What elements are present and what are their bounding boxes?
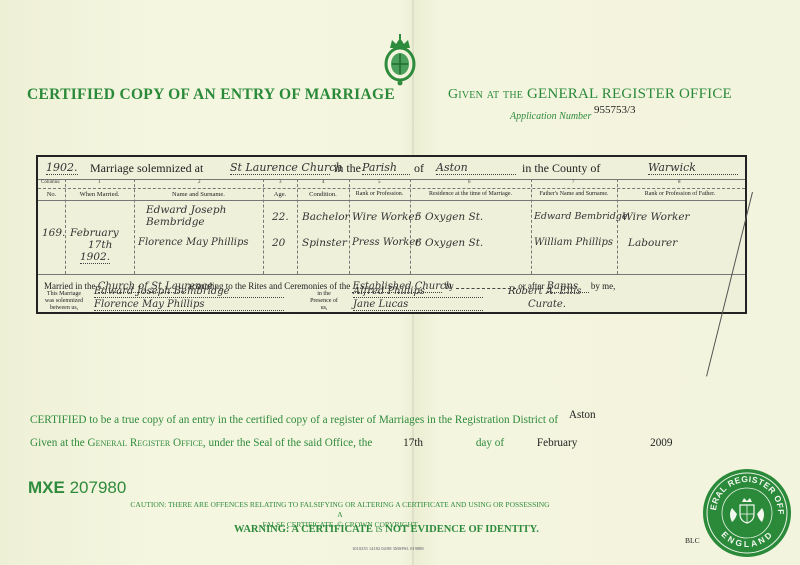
- witness-2-signature: Jane Lucas: [353, 299, 483, 311]
- bride-residence: 6 Oxygen St.: [415, 237, 483, 249]
- warning-text-a: WARNING: A CERTIFICATE: [234, 524, 373, 535]
- header-father-name: Father's Name and Surname.: [531, 191, 617, 197]
- column-label: Columns:: [41, 180, 60, 185]
- certificate-title: CERTIFIED COPY OF AN ENTRY OF MARRIAGE: [27, 86, 395, 104]
- district-type: Parish: [362, 161, 410, 175]
- bride-name: Florence May Phillips: [138, 237, 249, 248]
- issue-month: February: [537, 437, 577, 449]
- royal-crest-icon: [382, 34, 418, 86]
- warning-text-is: IS: [376, 525, 383, 534]
- column-number: 7: [572, 180, 575, 185]
- office-name: GENERAL REGISTER OFFICE: [527, 86, 732, 102]
- married-in-label: Married in the: [44, 281, 95, 291]
- groom-name: Edward Joseph Bembridge: [146, 204, 246, 228]
- bride-condition: Spinster: [302, 237, 347, 249]
- column-number: 5: [378, 180, 381, 185]
- officiant-signature: Robert A. Ellis: [508, 286, 581, 297]
- groom-condition: Bachelor: [302, 211, 350, 223]
- signatures: This Marriage was solemnized between us,…: [38, 291, 745, 311]
- county-label: in the County of: [522, 161, 600, 176]
- groom-father-rank: Wire Worker: [622, 211, 690, 223]
- of-label: of: [414, 161, 424, 176]
- issue-day: 17th: [403, 437, 423, 449]
- serial-number: 207980: [70, 478, 127, 497]
- in-the-label: in the: [334, 161, 361, 176]
- header-when-married: When Married.: [65, 191, 134, 198]
- groom-residence: 5 Oxygen St.: [415, 211, 483, 223]
- bride-father-rank: Labourer: [628, 237, 677, 249]
- married-month: February: [70, 227, 119, 239]
- header-name: Name and Surname.: [134, 191, 263, 198]
- column-number: 6: [468, 180, 471, 185]
- bride-rank: Press Worker: [352, 237, 420, 248]
- party-groom-signature: Edward Joseph Bembridge: [94, 286, 284, 298]
- married-year: 1902.: [80, 251, 110, 264]
- officiant-title: Curate.: [528, 299, 566, 310]
- groom-father-name: Edward Bembridge: [534, 211, 628, 222]
- header-residence: Residence at the time of Marriage.: [410, 191, 531, 197]
- groom-age: 22.: [272, 211, 289, 223]
- witness-1-signature: Alfred Phillips: [353, 286, 483, 298]
- caution-line-1: CAUTION: THERE ARE OFFENCES RELATING TO …: [130, 500, 550, 520]
- district-name: Aston: [436, 161, 516, 175]
- register-heading: 1902. Marriage solemnized at St Laurence…: [38, 157, 745, 179]
- gro-seal-icon: GENERAL REGISTER OFFICE ENGLAND: [702, 468, 792, 558]
- between-label: This Marriage was solemnized between us,: [44, 291, 84, 312]
- bride-age: 20: [272, 237, 285, 249]
- register-table: Columns: 1 2 3 4 5 6 7 8 No. When Marrie…: [38, 179, 745, 274]
- column-number: 8: [678, 180, 681, 185]
- registration-district: Aston: [569, 409, 596, 421]
- office-text: General Register Office: [87, 437, 202, 449]
- certificate-page: CERTIFIED COPY OF AN ENTRY OF MARRIAGE G…: [0, 0, 800, 565]
- blc-mark: BLC: [685, 536, 700, 545]
- header-rank: Rank or Profession.: [349, 191, 410, 197]
- presence-label: in the Presence of us,: [308, 291, 340, 312]
- certification-text: CERTIFIED to be a true copy of an entry …: [30, 414, 558, 426]
- given-at-label: Given at the: [448, 87, 523, 102]
- column-number: 1: [98, 180, 101, 185]
- given-at-text: Given at the: [30, 437, 85, 449]
- certification-line-1: CERTIFIED to be a true copy of an entry …: [30, 414, 596, 426]
- entry-year: 1902.: [46, 161, 78, 175]
- warning-text-b: NOT EVIDENCE OF IDENTITY.: [385, 524, 539, 535]
- serial-prefix: MXE: [28, 478, 65, 497]
- header-no: No.: [38, 191, 65, 198]
- issue-year: 2009: [650, 437, 672, 449]
- column-number: 3: [279, 180, 282, 185]
- groom-rank: Wire Worker: [352, 211, 420, 223]
- married-day: 17th: [88, 239, 112, 251]
- seal-text: , under the Seal of the said Office, the: [203, 437, 372, 449]
- print-code: 1010235 14182 04/08 3MSPSL 019888: [352, 546, 424, 551]
- warning-notice: WARNING: A CERTIFICATE IS NOT EVIDENCE O…: [234, 524, 539, 535]
- application-number-label: Application Number: [510, 111, 591, 122]
- column-number: 2: [198, 180, 201, 185]
- application-number: 955753/3: [594, 104, 636, 116]
- day-of-label: day of: [476, 437, 504, 449]
- header-father-rank: Rank or Profession of Father.: [617, 191, 743, 197]
- certificate-serial: MXE 207980: [28, 478, 126, 498]
- header-age: Age.: [263, 191, 297, 198]
- certification-line-2: Given at the General Register Office, un…: [30, 437, 672, 449]
- marriage-place: St Laurence Church: [230, 161, 330, 175]
- solemnized-label: Marriage solemnized at: [90, 161, 203, 176]
- bride-father-name: William Phillips: [534, 237, 613, 248]
- party-bride-signature: Florence May Phillips: [94, 299, 284, 311]
- county-name: Warwick: [648, 161, 738, 175]
- by-me-label: by me,: [591, 281, 616, 291]
- issuing-office: Given at the GENERAL REGISTER OFFICE: [448, 86, 732, 103]
- register-entry: 1902. Marriage solemnized at St Laurence…: [36, 155, 747, 314]
- header-condition: Condition.: [297, 191, 349, 198]
- entry-number: 169.: [42, 227, 65, 239]
- column-number: 4: [322, 180, 325, 185]
